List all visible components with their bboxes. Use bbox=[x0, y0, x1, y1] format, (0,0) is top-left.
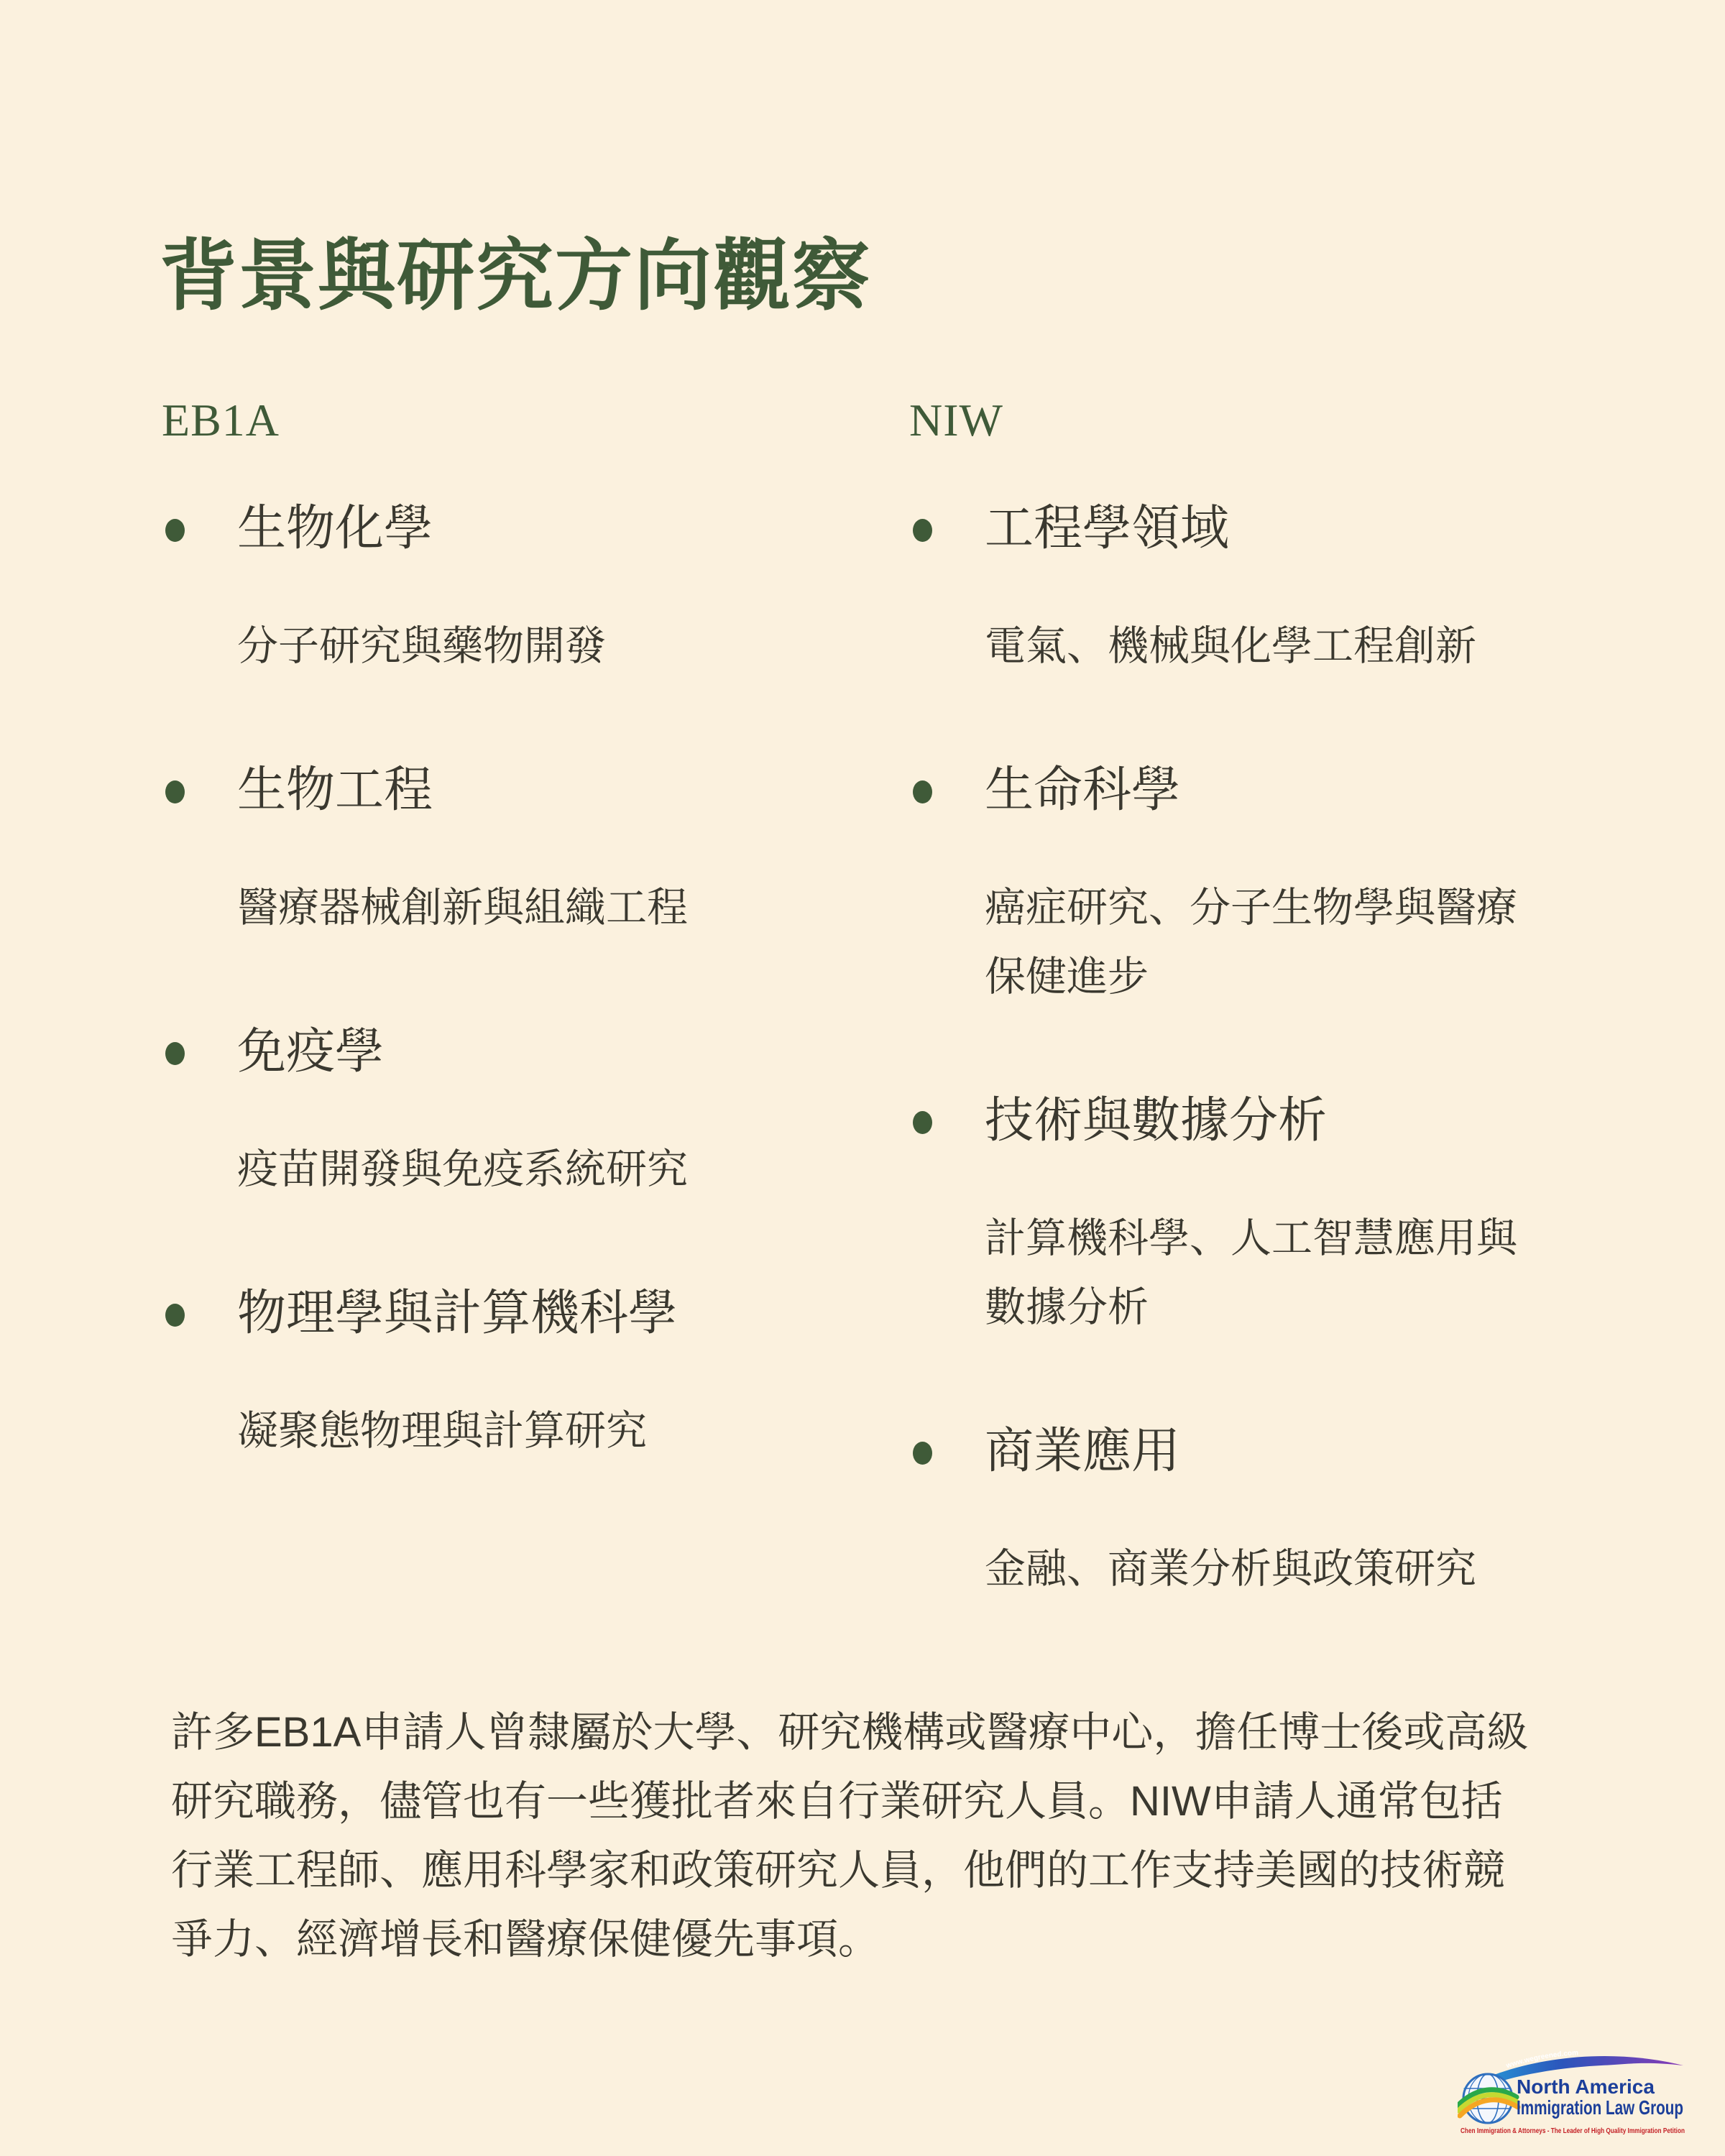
list-item: 生物化學 分子研究與藥物開發 bbox=[162, 504, 909, 681]
list-item: 物理學與計算機科學 凝聚態物理與計算研究 bbox=[162, 1289, 909, 1465]
item-title: 物理學與計算機科學 bbox=[237, 1289, 909, 1337]
summary-paragraph: 許多EB1A申請人曾隸屬於大學、研究機構或醫療中心，擔任博士後或高級 研究職務，… bbox=[171, 1698, 1601, 1974]
bullet-dot-icon bbox=[165, 1304, 185, 1327]
item-title: 技術與數據分析 bbox=[985, 1096, 1657, 1145]
item-title: 免疫學 bbox=[237, 1027, 909, 1076]
list-item: 免疫學 疫苗開發與免疫系統研究 bbox=[162, 1027, 909, 1204]
item-desc: 計算機科學、人工智慧應用與數據分析 bbox=[985, 1204, 1545, 1342]
item-title: 生物工程 bbox=[237, 765, 909, 814]
bullet-dot-icon bbox=[165, 519, 185, 542]
column-niw: NIW 工程學領域 電氣、機械與化學工程創新 生命科學 癌症研究、分子生物學與醫… bbox=[909, 397, 1657, 1688]
item-title: 商業應用 bbox=[985, 1427, 1657, 1475]
summary-line: 行業工程師、應用科學家和政策研究人員，他們的工作支持美國的技術競 bbox=[171, 1836, 1601, 1905]
list-item: 工程學領域 電氣、機械與化學工程創新 bbox=[909, 504, 1657, 681]
item-desc: 金融、商業分析與政策研究 bbox=[985, 1534, 1545, 1603]
item-desc: 癌症研究、分子生物學與醫療保健進步 bbox=[985, 873, 1545, 1011]
bullet-dot-icon bbox=[913, 1442, 932, 1465]
column-eb1a: EB1A 生物化學 分子研究與藥物開發 生物工程 醫療器械創新與組織工程 免疫學… bbox=[162, 397, 909, 1688]
bullet-dot-icon bbox=[165, 1042, 185, 1065]
item-desc: 凝聚態物理與計算研究 bbox=[237, 1396, 862, 1465]
logo-name-line2: Immigration Law Group bbox=[1517, 2096, 1683, 2119]
bullet-dot-icon bbox=[165, 780, 185, 803]
list-item: 生命科學 癌症研究、分子生物學與醫療保健進步 bbox=[909, 765, 1657, 1011]
item-title: 工程學領域 bbox=[985, 504, 1657, 553]
item-title: 生物化學 bbox=[237, 504, 909, 553]
item-title: 生命科學 bbox=[985, 765, 1657, 814]
bullet-dot-icon bbox=[913, 519, 932, 542]
item-desc: 醫療器械創新與組織工程 bbox=[237, 873, 862, 942]
summary-line: 研究職務，儘管也有一些獲批者來自行業研究人員。NIW申請人通常包括 bbox=[171, 1767, 1601, 1836]
item-desc: 電氣、機械與化學工程創新 bbox=[985, 612, 1545, 681]
summary-line: 爭力、經濟增長和醫療保健優先事項。 bbox=[171, 1905, 1601, 1974]
company-logo-graphic: www.wegreened.com North America Immigrat… bbox=[1458, 2041, 1688, 2145]
globe-icon bbox=[1458, 2074, 1518, 2123]
item-desc: 疫苗開發與免疫系統研究 bbox=[237, 1135, 862, 1204]
two-column-layout: EB1A 生物化學 分子研究與藥物開發 生物工程 醫療器械創新與組織工程 免疫學… bbox=[162, 397, 1657, 1688]
eb1a-item-list: 生物化學 分子研究與藥物開發 生物工程 醫療器械創新與組織工程 免疫學 疫苗開發… bbox=[162, 504, 909, 1465]
bullet-dot-icon bbox=[913, 1111, 932, 1134]
niw-item-list: 工程學領域 電氣、機械與化學工程創新 生命科學 癌症研究、分子生物學與醫療保健進… bbox=[909, 504, 1657, 1603]
company-logo: www.wegreened.com North America Immigrat… bbox=[1458, 2041, 1688, 2145]
list-item: 生物工程 醫療器械創新與組織工程 bbox=[162, 765, 909, 942]
column-header-niw: NIW bbox=[909, 397, 1657, 443]
logo-tagline: Chen Immigration & Attorneys - The Leade… bbox=[1460, 2127, 1685, 2135]
column-header-eb1a: EB1A bbox=[162, 397, 909, 443]
bullet-dot-icon bbox=[913, 780, 932, 803]
item-desc: 分子研究與藥物開發 bbox=[237, 612, 862, 681]
list-item: 技術與數據分析 計算機科學、人工智慧應用與數據分析 bbox=[909, 1096, 1657, 1342]
list-item: 商業應用 金融、商業分析與政策研究 bbox=[909, 1427, 1657, 1603]
logo-name-line1: North America bbox=[1517, 2076, 1655, 2098]
summary-line: 許多EB1A申請人曾隸屬於大學、研究機構或醫療中心，擔任博士後或高級 bbox=[171, 1698, 1601, 1767]
page-title: 背景與研究方向觀察 bbox=[160, 237, 871, 318]
